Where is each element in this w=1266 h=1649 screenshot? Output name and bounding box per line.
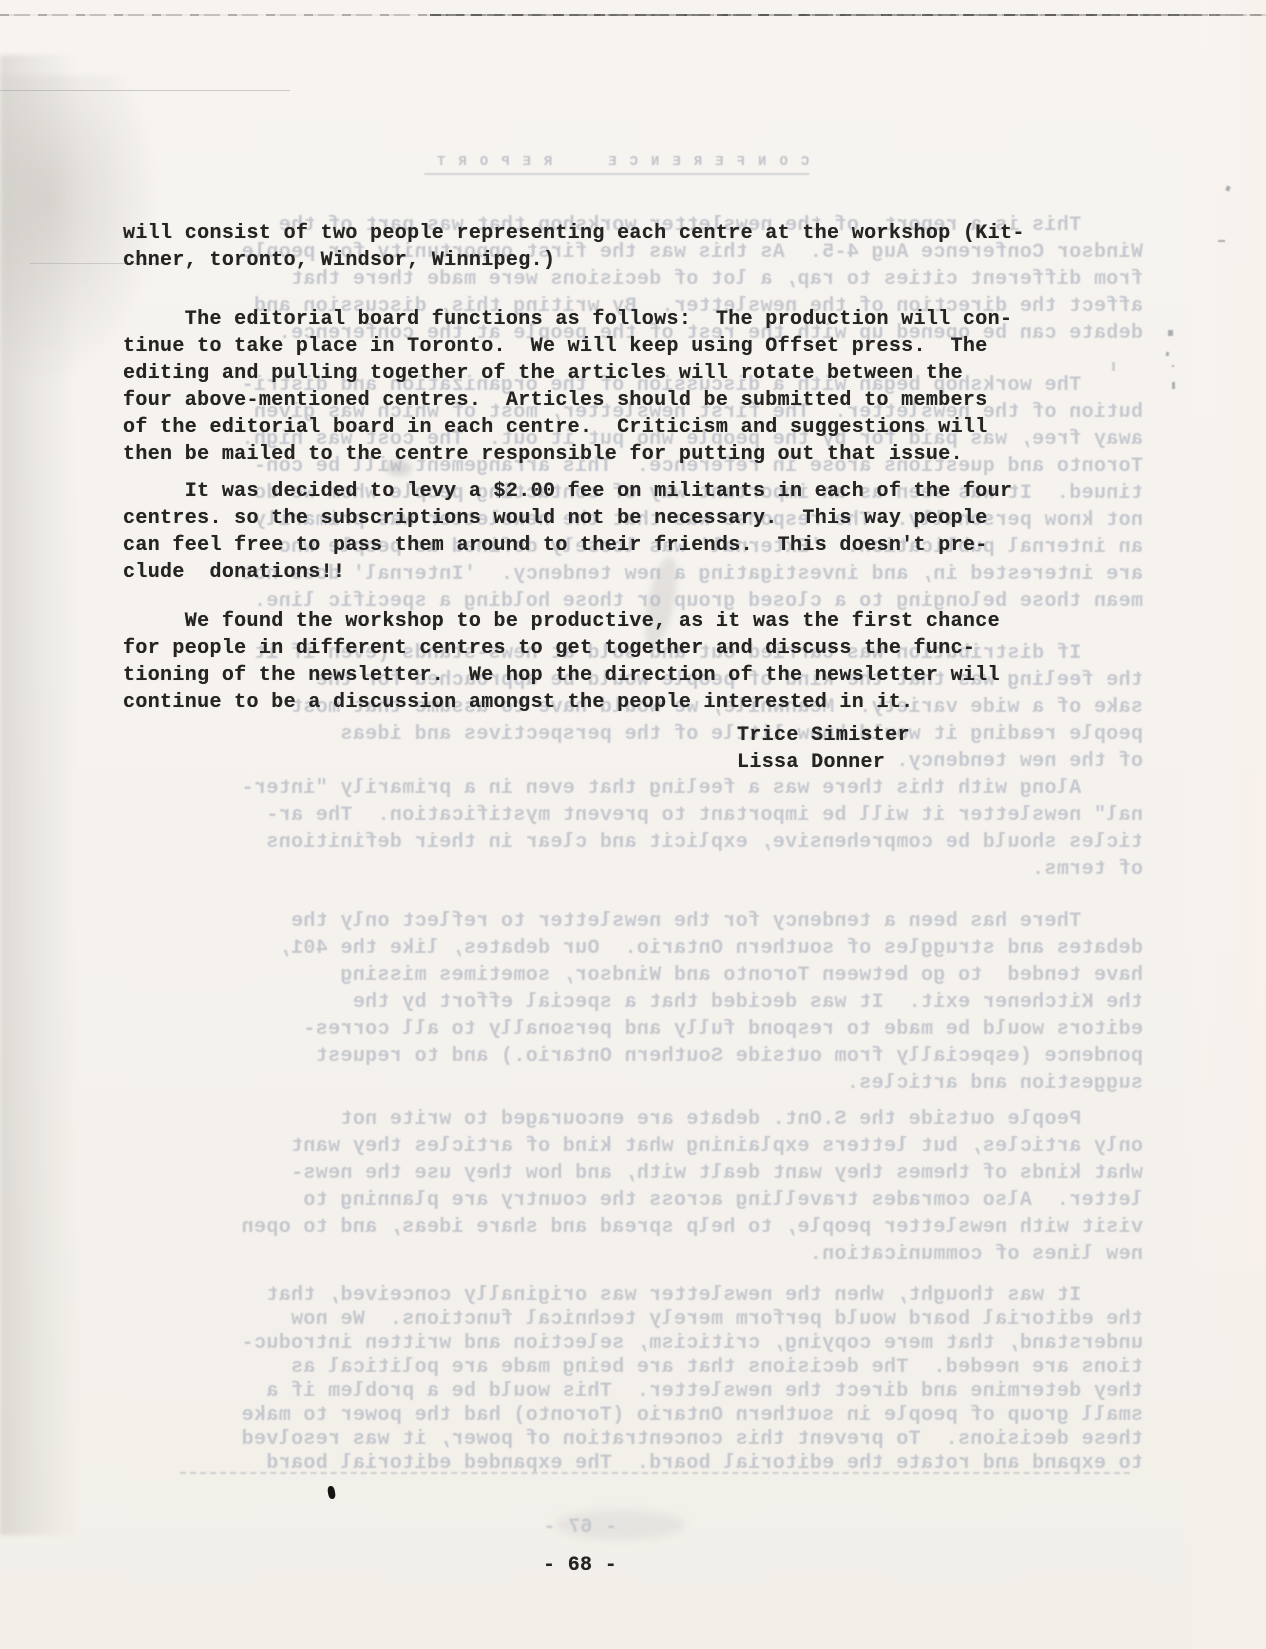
- paper-speck: [1172, 365, 1174, 367]
- text-line: editing and pulling together of the arti…: [123, 360, 1012, 387]
- bleedthrough-text-line: of terms.: [97, 856, 1143, 883]
- bleedthrough-text-line: of the new tendency.: [97, 748, 1143, 775]
- bleedthrough-text-line: editors would be made to respond fully a…: [97, 1016, 1143, 1043]
- bleedthrough-text-line: they determine and direct the newsletter…: [97, 1378, 1143, 1405]
- text-line: It was decided to levy a $2.00 fee on mi…: [123, 478, 1012, 505]
- bleedthrough-text-line: letter. Also comrades travelling across …: [97, 1187, 1143, 1214]
- bleedthrough-text-line: ticles should be comprehensive, explicit…: [97, 829, 1143, 856]
- signature-line: Lissa Donner: [737, 749, 910, 776]
- bleedthrough-text-line: visit with newsletter people, to help sp…: [97, 1214, 1143, 1241]
- bleedthrough-text-line: People outside the S.Ont. debate are enc…: [97, 1106, 1143, 1133]
- bleedthrough-text-line: these decisions. To prevent this concent…: [97, 1426, 1143, 1453]
- bleedthrough-text-line: pondence (especially from outside Southe…: [97, 1043, 1143, 1070]
- bleedthrough-text-line: small group of people in southern Ontari…: [97, 1402, 1143, 1429]
- text-line: will consist of two people representing …: [123, 220, 1025, 247]
- bleedthrough-text-line: It was thought, when the newsletter was …: [97, 1282, 1143, 1309]
- bleedthrough-text-line: nal" newsletter it will be important to …: [97, 802, 1143, 829]
- text-line: chner, toronto, Windsor, Winnipeg.): [123, 247, 1025, 274]
- text-line: then be mailed to the centre responsible…: [123, 441, 1012, 468]
- page-number: - 68 -: [543, 1552, 617, 1579]
- signature-line: Trice Simister: [737, 722, 910, 749]
- bleedthrough-text-line: only articles, but letters explaining wh…: [97, 1133, 1143, 1160]
- text-line: The editorial board functions as follows…: [123, 306, 1012, 333]
- scanned-page: CONFERENCE REPORT This is a report, of t…: [0, 0, 1266, 1649]
- paper-speck: [1168, 330, 1173, 336]
- bleedthrough-text-line: There has been a tendency for the newsle…: [97, 908, 1143, 935]
- bleedthrough-text-line: have tended to go between Toronto and Wi…: [97, 962, 1143, 989]
- paper-edge-tint: [1176, 0, 1266, 1649]
- bleedthrough-text-line: the editorial board would perform merely…: [97, 1306, 1143, 1333]
- text-line: four above-mentioned centres. Articles s…: [123, 387, 1012, 414]
- paper-speck: [1166, 352, 1169, 356]
- bleedthrough-text-line: people reading it would know little of t…: [97, 721, 1143, 748]
- bleedthrough-text-line: new lines of communication.: [97, 1241, 1143, 1268]
- bleedthrough-page-number: - 67 -: [543, 1516, 617, 1539]
- text-line: of the editorial board in each centre. C…: [123, 414, 1012, 441]
- text-line: can feel free to pass them around to the…: [123, 532, 1012, 559]
- paragraph-4: We found the workshop to be productive, …: [123, 608, 1000, 716]
- bleedthrough-underline: [180, 1472, 1130, 1474]
- bleedthrough-text-line: debates and struggles of southern Ontari…: [97, 935, 1143, 962]
- text-line: centres. so the subscriptions would not …: [123, 505, 1012, 532]
- paper-speck: [1218, 240, 1225, 242]
- paragraph-2: The editorial board functions as follows…: [123, 306, 1012, 468]
- bleedthrough-text-line: the Kitchener exit. It was decided that …: [97, 989, 1143, 1016]
- paragraph-3: It was decided to levy a $2.00 fee on mi…: [123, 478, 1012, 586]
- bleedthrough-text-line: tions are needed. The decisions that are…: [97, 1354, 1143, 1381]
- text-line: for people in different centres to get t…: [123, 635, 1000, 662]
- text-line: tioning of the newsletter. We hop the di…: [123, 662, 1000, 689]
- bleedthrough-text-line: suggestion and articles.: [97, 1070, 1143, 1097]
- text-line: clude donations!!: [123, 559, 1012, 586]
- bleedthrough-text-line: what kinds of themes they want dealt wit…: [97, 1160, 1143, 1187]
- text-line: continue to be a discussion amongst the …: [123, 689, 1000, 716]
- text-line: tinue to take place in Toronto. We will …: [123, 333, 1012, 360]
- paragraph-1: will consist of two people representing …: [123, 220, 1025, 274]
- paper-speck: [1172, 382, 1175, 389]
- signature-block: Trice Simister Lissa Donner: [737, 722, 910, 776]
- text-line: We found the workshop to be productive, …: [123, 608, 1000, 635]
- bleedthrough-text-line: Along with this there was a feeling that…: [97, 775, 1143, 802]
- bleedthrough-text-line: understand, that mere copying, criticism…: [97, 1330, 1143, 1357]
